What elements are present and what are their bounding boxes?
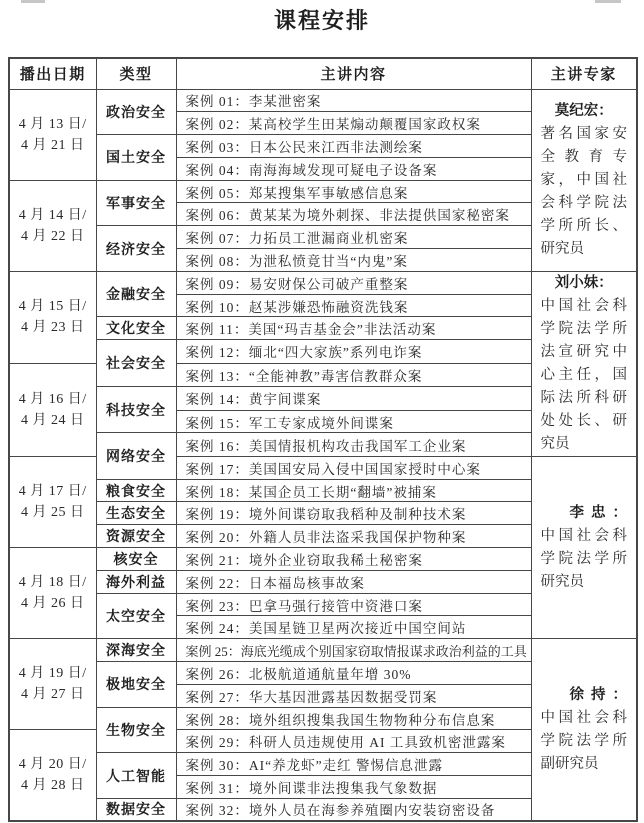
table-row: 4 月 15 日/4 月 23 日金融安全案例 09：易安财保公司破产重整案刘小… — [9, 271, 637, 294]
type-cell: 军事安全 — [96, 180, 176, 226]
date-cell: 4 月 13 日/4 月 21 日 — [9, 89, 96, 180]
case-cell: 案例 14：黄宇间谍案 — [176, 387, 531, 410]
date-line: 4 月 19 日/ — [19, 666, 87, 681]
case-cell: 案例 11：美国“玛吉基金会”非法活动案 — [176, 317, 531, 340]
type-cell: 社会安全 — [96, 340, 176, 387]
case-cell: 案例 04：南海海域发现可疑电子设备案 — [176, 157, 531, 180]
col-header-expert: 主讲专家 — [531, 58, 637, 89]
date-line: 4 月 27 日 — [21, 687, 85, 702]
schedule-table: 播出日期 类型 主讲内容 主讲专家 4 月 13 日/4 月 21 日政治安全案… — [8, 57, 638, 822]
case-cell: 案例 25：海底光缆成个别国家窃取情报谋求政治利益的工具 — [176, 639, 531, 662]
expert-cell: 徐持：中国社会科学院法学所副研究员 — [531, 639, 637, 821]
case-cell: 案例 15：军工专家成境外间谍案 — [176, 410, 531, 433]
expert-name: 刘小妹： — [541, 272, 628, 295]
case-cell: 案例 08：为泄私愤竟甘当“内鬼”案 — [176, 249, 531, 272]
case-cell: 案例 27：华大基因泄露基因数据受罚案 — [176, 684, 531, 707]
date-line: 4 月 15 日/ — [19, 299, 87, 314]
date-cell: 4 月 17 日/4 月 25 日 — [9, 456, 96, 547]
type-cell: 金融安全 — [96, 271, 176, 317]
case-cell: 案例 31：境外间谍非法搜集我气象数据 — [176, 776, 531, 799]
expert-cell: 李忠：中国社会科学院法学所研究员 — [531, 456, 637, 638]
date-cell: 4 月 19 日/4 月 27 日 — [9, 639, 96, 730]
case-cell: 案例 12：缅北“四大家族”系列电诈案 — [176, 340, 531, 363]
expert-cell: 莫纪宏：著名国家安全教育专家，中国社会科学院法学所所长、研究员 — [531, 89, 637, 271]
case-cell: 案例 28：境外组织搜集我国生物物种分布信息案 — [176, 707, 531, 730]
type-cell: 深海安全 — [96, 639, 176, 662]
case-cell: 案例 02：某高校学生田某煽动颠覆国家政权案 — [176, 112, 531, 135]
type-cell: 数据安全 — [96, 798, 176, 821]
type-cell: 生态安全 — [96, 502, 176, 525]
date-line: 4 月 16 日/ — [19, 392, 87, 407]
case-cell: 案例 06：黄某某为境外刺探、非法提供国家秘密案 — [176, 203, 531, 226]
table-row: 4 月 19 日/4 月 27 日深海安全案例 25：海底光缆成个别国家窃取情报… — [9, 639, 637, 662]
type-cell: 资源安全 — [96, 525, 176, 548]
type-cell: 政治安全 — [96, 89, 176, 135]
date-line: 4 月 20 日/ — [19, 757, 87, 772]
case-cell: 案例 03：日本公民来江西非法测绘案 — [176, 135, 531, 158]
date-line: 4 月 25 日 — [21, 505, 85, 520]
type-cell: 极地安全 — [96, 662, 176, 708]
case-cell: 案例 22：日本福岛核事故案 — [176, 570, 531, 593]
case-cell: 案例 24：美国星链卫星两次接近中国空间站 — [176, 616, 531, 639]
date-line: 4 月 18 日/ — [19, 575, 87, 590]
case-cell: 案例 17：美国国安局入侵中国国家授时中心案 — [176, 456, 531, 479]
date-line: 4 月 21 日 — [21, 138, 85, 153]
date-line: 4 月 23 日 — [21, 320, 85, 335]
type-cell: 核安全 — [96, 548, 176, 571]
case-cell: 案例 16：美国情报机构攻击我国军工企业案 — [176, 433, 531, 456]
date-line: 4 月 26 日 — [21, 596, 85, 611]
date-line: 4 月 28 日 — [21, 778, 85, 793]
expert-description: 中国社会科学院法学所法宣研究中心主任，国际法所科研处处长、研究员 — [541, 295, 628, 456]
case-cell: 案例 26：北极航道通航量年增 30% — [176, 662, 531, 685]
type-cell: 太空安全 — [96, 593, 176, 639]
page-edge-artifact-right — [595, 0, 621, 3]
case-cell: 案例 18：某国企员工长期“翻墙”被捕案 — [176, 479, 531, 502]
type-cell: 经济安全 — [96, 226, 176, 272]
case-cell: 案例 13：“全能神教”毒害信教群众案 — [176, 363, 531, 386]
date-cell: 4 月 16 日/4 月 24 日 — [9, 363, 96, 456]
type-cell: 生物安全 — [96, 707, 176, 753]
expert-description: 著名国家安全教育专家，中国社会科学院法学所所长、研究员 — [541, 123, 628, 261]
header-row: 播出日期 类型 主讲内容 主讲专家 — [9, 58, 637, 89]
case-cell: 案例 23：巴拿马强行接管中资港口案 — [176, 593, 531, 616]
case-cell: 案例 01：李某泄密案 — [176, 89, 531, 112]
date-cell: 4 月 20 日/4 月 28 日 — [9, 730, 96, 821]
case-cell: 案例 10：赵某涉嫌恐怖融资洗钱案 — [176, 294, 531, 317]
date-cell: 4 月 14 日/4 月 22 日 — [9, 180, 96, 271]
date-line: 4 月 22 日 — [21, 229, 85, 244]
expert-cell: 刘小妹：中国社会科学院法学所法宣研究中心主任，国际法所科研处处长、研究员 — [531, 271, 637, 456]
case-cell: 案例 19：境外间谍窃取我稻种及制种技术案 — [176, 502, 531, 525]
date-cell: 4 月 15 日/4 月 23 日 — [9, 271, 96, 363]
page-title: 课程安排 — [0, 6, 644, 36]
expert-name: 李忠： — [570, 505, 628, 521]
case-cell: 案例 20：外籍人员非法盗采我国保护物种案 — [176, 525, 531, 548]
date-line: 4 月 17 日/ — [19, 484, 87, 499]
case-cell: 案例 07：力拓员工泄漏商业机密案 — [176, 226, 531, 249]
type-cell: 人工智能 — [96, 753, 176, 799]
expert-name: 莫纪宏： — [541, 100, 628, 123]
page-edge-artifact-left — [21, 0, 45, 3]
type-cell: 文化安全 — [96, 317, 176, 340]
case-cell: 案例 29：科研人员违规使用 AI 工具致机密泄露案 — [176, 730, 531, 753]
date-line: 4 月 24 日 — [21, 413, 85, 428]
col-header-type: 类型 — [96, 58, 176, 89]
case-cell: 案例 09：易安财保公司破产重整案 — [176, 271, 531, 294]
case-cell: 案例 21：境外企业窃取我稀土秘密案 — [176, 548, 531, 571]
date-line: 4 月 13 日/ — [19, 117, 87, 132]
type-cell: 粮食安全 — [96, 479, 176, 502]
expert-name: 徐持： — [570, 687, 628, 703]
table-row: 4 月 13 日/4 月 21 日政治安全案例 01：李某泄密案莫纪宏：著名国家… — [9, 89, 637, 112]
date-cell: 4 月 18 日/4 月 26 日 — [9, 548, 96, 639]
type-cell: 海外利益 — [96, 570, 176, 593]
col-header-content: 主讲内容 — [176, 58, 531, 89]
case-cell: 案例 05：郑某搜集军事敏感信息案 — [176, 180, 531, 203]
expert-description: 徐持：中国社会科学院法学所副研究员 — [541, 684, 628, 776]
type-cell: 网络安全 — [96, 433, 176, 479]
date-line: 4 月 14 日/ — [19, 208, 87, 223]
expert-description: 李忠：中国社会科学院法学所研究员 — [541, 502, 628, 594]
col-header-date: 播出日期 — [9, 58, 96, 89]
type-cell: 国土安全 — [96, 135, 176, 181]
case-cell: 案例 30：AI“养龙虾”走红 警惕信息泄露 — [176, 753, 531, 776]
case-cell: 案例 32：境外人员在海参养殖圈内安装窃密设备 — [176, 798, 531, 821]
type-cell: 科技安全 — [96, 387, 176, 433]
